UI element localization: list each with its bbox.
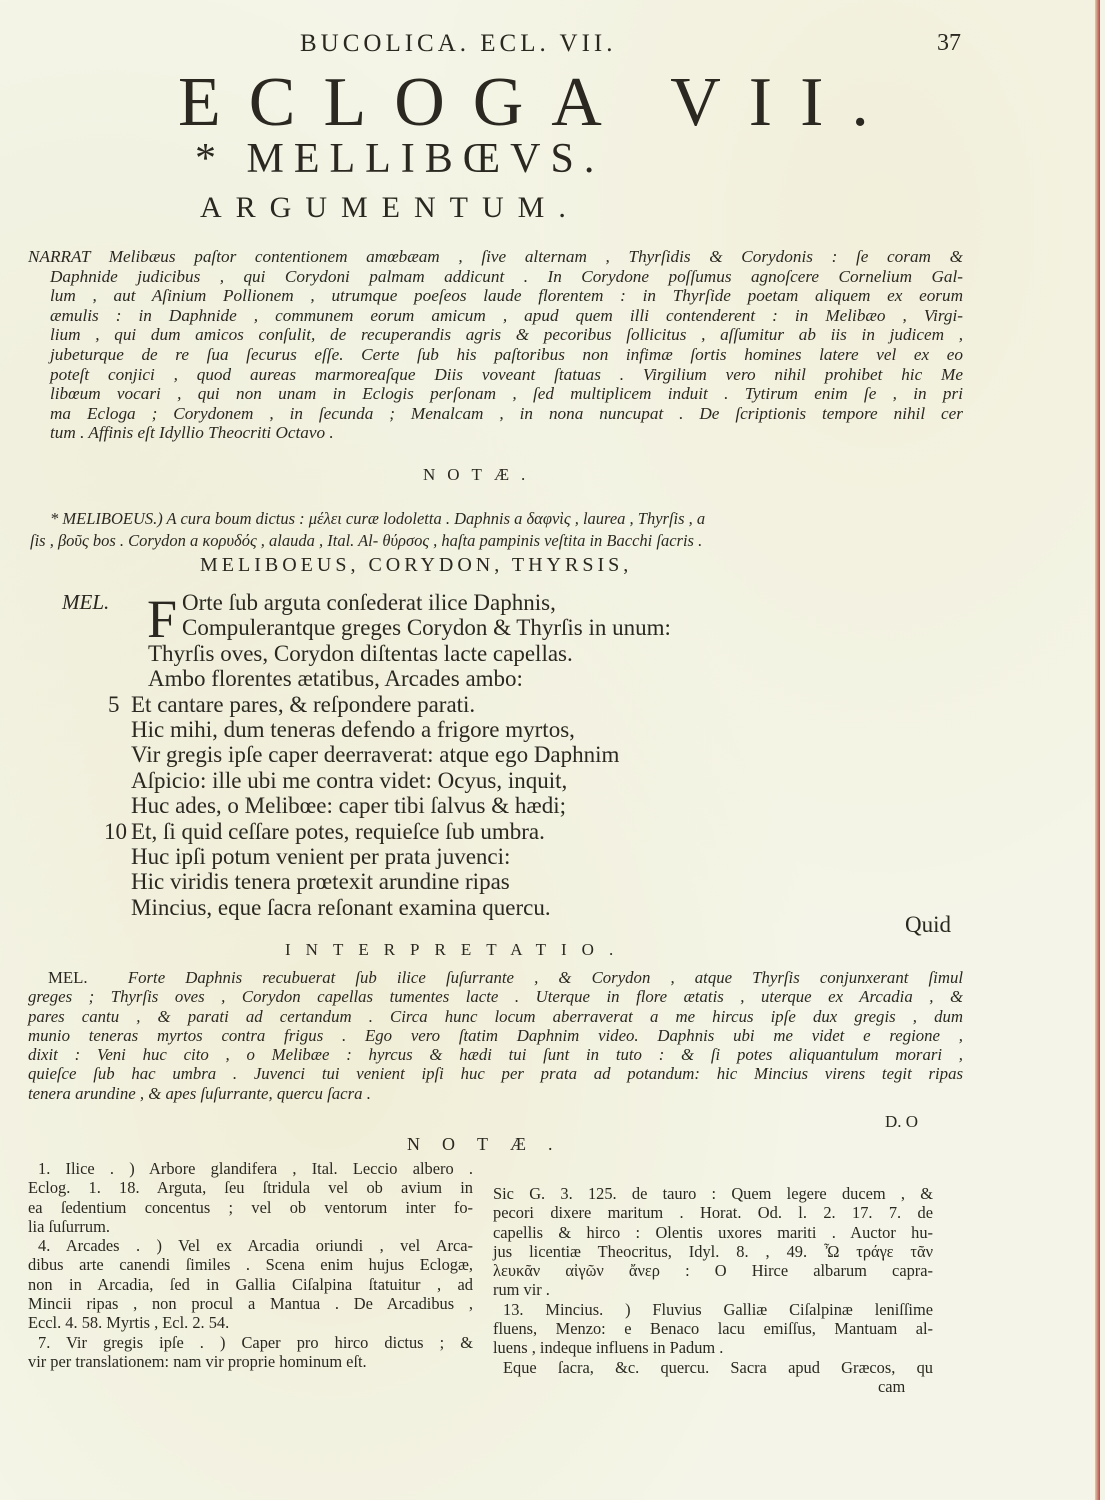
notes-right-column: Sic G. 3. 125. de tauro : Quem legere du… bbox=[493, 1184, 933, 1396]
catchword-bottom: cam bbox=[493, 1377, 933, 1396]
text-line: ma Ecloga ; Corydonem , in ſecunda ; Men… bbox=[28, 404, 963, 424]
text-line: greges ; Thyrſis oves , Corydon capellas… bbox=[28, 987, 963, 1006]
notae-top-body: * MELIBOEUS.) A cura boum dictus : μέλει… bbox=[30, 508, 960, 552]
interpretatio-heading: INTERPRETATIO. bbox=[285, 940, 628, 960]
verse-text: Hic mihi, dum teneras defendo a frigore … bbox=[131, 717, 575, 742]
note-line: λευκᾶν αἰγῶν ἄνερ : O Hirce albarum capr… bbox=[493, 1261, 933, 1280]
text-line: munio teneras myrtos contra frigus . Ego… bbox=[28, 1026, 963, 1045]
verse-text: Huc ipſi potum venient per prata juvenci… bbox=[131, 844, 510, 869]
page-edge bbox=[1095, 0, 1100, 1500]
verse-text: Mincius, eque ſacra reſonant examina que… bbox=[131, 895, 551, 920]
speakers-heading: MELIBOEUS, CORYDON, THYRSIS, bbox=[200, 554, 632, 577]
note-line: 1. Ilice . ) Arbore glandifera , Ital. L… bbox=[28, 1159, 473, 1178]
note-line: 4. Arcades . ) Vel ex Arcadia oriundi , … bbox=[28, 1236, 473, 1255]
verse-text: Hic viridis tenera prœtexit arundine rip… bbox=[131, 869, 510, 894]
line-number: 10 bbox=[104, 819, 127, 844]
text-fragment: Forte Daphnis recubuerat ſub ilice ſuſur… bbox=[128, 968, 963, 987]
running-header: BUCOLICA. ECL. VII. bbox=[300, 30, 617, 58]
text-line: tum . Affinis eſt Idyllio Theocriti Octa… bbox=[28, 423, 963, 443]
book-page: BUCOLICA. ECL. VII. 37 ECLOGA VII. * MEL… bbox=[0, 0, 1100, 1500]
speaker-label: MEL. bbox=[48, 968, 88, 987]
note-line: dibus arte canendi ſimiles . Scena enim … bbox=[28, 1255, 473, 1274]
text-line: jubeturque de re ſua ſecurus eſſe. Certe… bbox=[28, 345, 963, 365]
text-line: libœum vocari , qui non unam in Eclogis … bbox=[28, 384, 963, 404]
signature-mark: D. O bbox=[885, 1112, 918, 1132]
note-line: fluens, Menzo: e Benaco lacu emiſſus, Ma… bbox=[493, 1319, 933, 1338]
speaker-label: MEL. bbox=[62, 590, 109, 615]
drop-cap: F bbox=[147, 592, 177, 646]
text-line: lium , qui dum amicos conſulit, de recup… bbox=[28, 325, 963, 345]
note-line: Sic G. 3. 125. de tauro : Quem legere du… bbox=[493, 1184, 933, 1203]
note-line: non in Arcadia, ſed in Gallia Ciſalpina … bbox=[28, 1275, 473, 1294]
text-line: poteſt conjici , quod aureas marmoreaſqu… bbox=[28, 365, 963, 385]
note-line: Eclog. 1. 18. Arguta, ſeu ſtridula vel o… bbox=[28, 1178, 473, 1197]
verse-text: Orte ſub arguta conſederat ilice Daphnis… bbox=[182, 590, 556, 615]
argumentum-heading: ARGUMENTUM. bbox=[200, 193, 580, 223]
verse-text: Aſpicio: ille ubi me contra videt: Ocyus… bbox=[131, 768, 567, 793]
note-line: Eccl. 4. 58. Myrtis , Ecl. 2. 54. bbox=[28, 1313, 473, 1332]
interpretatio-body: MEL. Forte Daphnis recubuerat ſub ilice … bbox=[28, 968, 963, 1103]
note-line: 13. Mincius. ) Fluvius Galliæ Ciſalpinæ … bbox=[493, 1300, 933, 1319]
page-number: 37 bbox=[937, 30, 961, 57]
text-line: Daphnide judicibus , qui Corydoni palmam… bbox=[28, 267, 963, 287]
line-number: 5 bbox=[108, 692, 120, 717]
text-line: MEL. Forte Daphnis recubuerat ſub ilice … bbox=[28, 968, 963, 987]
text-line: tenera arundine , & apes ſuſurrante, que… bbox=[28, 1084, 963, 1103]
text-line: æmulis : in Daphnide , communem eorum am… bbox=[28, 306, 963, 326]
note-line: Eque ſacra, &c. quercu. Sacra apud Græco… bbox=[493, 1358, 933, 1377]
note-line: capellis & hirco : Olentis uxores mariti… bbox=[493, 1223, 933, 1242]
notae-heading-top: NOTÆ. bbox=[423, 465, 537, 485]
verse-text: Vir gregis ipſe caper deerraverat: atque… bbox=[131, 742, 619, 767]
text-line: dixit : Veni huc cito , o Melibæe : hyrc… bbox=[28, 1045, 963, 1064]
note-line: vir per translationem: nam vir proprie h… bbox=[28, 1352, 473, 1371]
text-line: quieſce ſub hac umbra . Juvenci tui veni… bbox=[28, 1064, 963, 1083]
text-line: pares cantu , & parati ad certandum . Ci… bbox=[28, 1007, 963, 1026]
argumentum-body: NARRAT Melibæus paſtor contentionem amœb… bbox=[28, 247, 963, 443]
note-line: 7. Vir gregis ipſe . ) Caper pro hirco d… bbox=[28, 1333, 473, 1352]
note-line: ſis , βοῦς bos . Corydon a κορυδός , ala… bbox=[30, 530, 960, 552]
verse-text: Thyrſis oves, Corydon diſtentas lacte ca… bbox=[148, 641, 573, 666]
verse-text: Huc ades, o Melibœe: caper tibi ſalvus &… bbox=[131, 793, 566, 818]
notae-heading-bottom: NOTÆ. bbox=[407, 1134, 575, 1155]
catchword: Quid bbox=[905, 912, 951, 938]
note-line: lia ſuſurrum. bbox=[28, 1217, 473, 1236]
eclogue-subtitle: * MELLIBŒVS. bbox=[195, 138, 604, 180]
note-line: luens , indeque influens in Padum . bbox=[493, 1338, 933, 1357]
notes-left-column: 1. Ilice . ) Arbore glandifera , Ital. L… bbox=[28, 1159, 473, 1371]
note-line: Mincii ripas , non procul a Mantua . De … bbox=[28, 1294, 473, 1313]
note-line: pecori dixere maritum . Horat. Od. l. 2.… bbox=[493, 1203, 933, 1222]
verse-text: Et cantare pares, & reſpondere parati. bbox=[131, 692, 475, 717]
note-line: jus licentiæ Theocritus, Idyl. 8. , 49. … bbox=[493, 1242, 933, 1261]
text-line: NARRAT Melibæus paſtor contentionem amœb… bbox=[28, 247, 963, 267]
verse-text: Ambo florentes ætatibus, Arcades ambo: bbox=[148, 666, 523, 691]
eclogue-title: ECLOGA VII. bbox=[178, 68, 897, 138]
note-line: * MELIBOEUS.) A cura boum dictus : μέλει… bbox=[30, 508, 960, 530]
verse-text: Et, ſi quid ceſſare potes, requieſce ſub… bbox=[131, 819, 545, 844]
note-line: ea ſedentium concentus ; vel ob ventorum… bbox=[28, 1198, 473, 1217]
note-line: rum vir . bbox=[493, 1280, 933, 1299]
text-line: lum , aut Aſinium Pollionem , utrumque p… bbox=[28, 286, 963, 306]
verse-text: Compulerantque greges Corydon & Thyrſis … bbox=[182, 615, 671, 640]
